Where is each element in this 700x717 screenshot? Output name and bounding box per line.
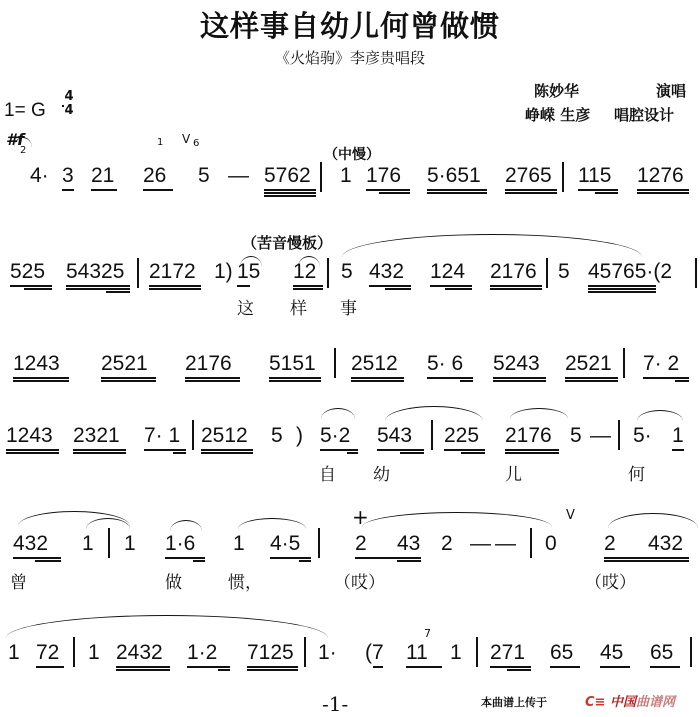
- note: 1: [450, 641, 462, 665]
- breath-mark: V: [182, 132, 190, 146]
- note: 65: [550, 641, 573, 665]
- note: 432: [369, 260, 404, 284]
- bar-line: [327, 258, 329, 288]
- note: 225: [444, 424, 479, 448]
- dash: —: [470, 532, 491, 556]
- bar-line: [431, 420, 433, 450]
- note: 5: [271, 424, 283, 448]
- note: 1·: [318, 641, 337, 665]
- score-title: 这样事自幼儿何曾做惯: [0, 4, 700, 45]
- score-subtitle: 《火焰驹》李彦贵唱段: [0, 47, 700, 68]
- slur: [608, 513, 698, 528]
- note: 1243: [13, 352, 60, 376]
- note: 2432: [116, 641, 163, 665]
- grace-note: 1: [157, 137, 163, 148]
- note: 2: [355, 532, 367, 556]
- note: 26: [143, 164, 166, 188]
- bar-line: [695, 258, 697, 288]
- note: 72: [36, 641, 59, 665]
- lyric: 做: [165, 568, 182, 593]
- note: 5762: [264, 164, 311, 188]
- note: 2512: [351, 352, 398, 376]
- slur: [362, 512, 552, 527]
- dash: —: [590, 424, 611, 448]
- time-signature-bottom: 4: [64, 103, 73, 118]
- note: 525: [10, 260, 45, 284]
- lyric: 样: [290, 294, 307, 319]
- bar-line: [530, 528, 532, 558]
- logo-text-part2: 曲谱网: [636, 695, 675, 710]
- grace-note: 6: [193, 138, 199, 149]
- note: 12: [293, 260, 316, 284]
- note: 124: [430, 260, 465, 284]
- note: 21: [91, 164, 114, 188]
- note: 1: [8, 641, 20, 665]
- performer-name: 陈妙华: [534, 80, 579, 101]
- bar-line: [320, 162, 322, 192]
- slur: [170, 520, 202, 531]
- lyric: 自: [319, 460, 336, 485]
- note: 5·651: [427, 164, 481, 188]
- slur: [321, 408, 355, 419]
- dash: —: [228, 164, 249, 188]
- note: 5: [198, 164, 210, 188]
- note: 1: [233, 532, 245, 556]
- note: 2521: [565, 352, 612, 376]
- note: 1·6: [165, 532, 195, 556]
- note: 5: [341, 260, 353, 284]
- bar-line: [623, 348, 625, 378]
- bar-line: [304, 637, 306, 667]
- lyric: 何: [628, 460, 645, 485]
- note: 1): [214, 260, 233, 284]
- note: 271: [490, 641, 525, 665]
- designer-role: 唱腔设计: [614, 104, 674, 125]
- key-signature: 1= G: [4, 100, 46, 122]
- lyric: 幼: [373, 460, 390, 485]
- lyric: （哎）: [585, 568, 636, 593]
- note: 2521: [101, 352, 148, 376]
- lyric: 曾: [10, 568, 27, 593]
- bar-line: [192, 420, 194, 450]
- performer-role: 演唱: [656, 80, 686, 101]
- note: 15: [237, 260, 260, 284]
- note: 2176: [505, 424, 552, 448]
- note: 1: [124, 532, 136, 556]
- note: 11: [406, 641, 428, 665]
- note: 543: [377, 424, 412, 448]
- note: 5·2: [320, 424, 350, 448]
- lyric: 这: [237, 294, 254, 319]
- upload-notice: 本曲谱上传于: [481, 694, 547, 710]
- note: 2172: [149, 260, 196, 284]
- note: 7· 1: [144, 424, 180, 448]
- note: 54325: [66, 260, 124, 284]
- slur: [637, 410, 683, 421]
- lyric: 事: [340, 294, 357, 319]
- time-signature-top: 4: [64, 89, 73, 104]
- note: 1: [88, 641, 100, 665]
- logo-text-part1: 中国: [610, 695, 636, 710]
- note: 5243: [493, 352, 540, 376]
- note: 2176: [490, 260, 537, 284]
- note: 7· 2: [643, 352, 679, 376]
- note: 43: [397, 532, 420, 556]
- tempo-marking: （中慢）: [324, 144, 380, 164]
- rest: 0: [545, 532, 557, 556]
- note: 1: [340, 164, 352, 188]
- note: 2: [441, 532, 453, 556]
- note: 176: [366, 164, 401, 188]
- note: 2512: [201, 424, 248, 448]
- page-number: -1-: [322, 692, 348, 716]
- bar-line: [476, 637, 478, 667]
- note: 5151: [269, 352, 316, 376]
- note: 4·5: [270, 532, 300, 556]
- note: 3: [62, 164, 74, 188]
- bar-line: [73, 637, 75, 667]
- grace-note: 7: [424, 627, 431, 640]
- note: 1276: [637, 164, 684, 188]
- tempo-marking: （苦音慢板）: [242, 232, 332, 253]
- note: 65: [650, 641, 673, 665]
- bar-line: [318, 528, 320, 558]
- bar-line: [137, 258, 139, 288]
- slur: [342, 234, 642, 257]
- site-logo[interactable]: C≡ 中国曲谱网: [585, 691, 675, 710]
- dash: —: [495, 532, 516, 556]
- logo-icon: C≡: [585, 695, 605, 710]
- slur: [510, 408, 568, 419]
- note: 2: [604, 532, 616, 556]
- note: ): [296, 424, 303, 448]
- slur: [385, 406, 483, 421]
- bar-line: [690, 637, 692, 667]
- time-signature-line: [62, 105, 64, 107]
- slur: [238, 518, 306, 529]
- bar-line: [618, 420, 620, 450]
- note: 45: [600, 641, 623, 665]
- designer-names: 峥嵘 生彦: [525, 104, 590, 125]
- note: 432: [13, 532, 48, 556]
- lyric: 儿: [505, 460, 522, 485]
- bar-line: [334, 348, 336, 378]
- note: 1: [82, 532, 94, 556]
- note: 4·: [30, 164, 49, 188]
- bar-line: [108, 528, 110, 558]
- bar-line: [546, 258, 548, 288]
- note: 7125: [247, 641, 294, 665]
- bar-line: [562, 162, 564, 192]
- note: 45765·(2: [588, 260, 672, 284]
- note: 2321: [73, 424, 120, 448]
- note: 1·2: [187, 641, 217, 665]
- note: 5·: [633, 424, 652, 448]
- note: 1: [672, 424, 684, 448]
- note: (7: [365, 641, 384, 665]
- note: 115: [578, 164, 611, 188]
- slur: [6, 615, 328, 638]
- time-signature: 4 4: [62, 90, 76, 118]
- note: 5· 6: [427, 352, 463, 376]
- lyric: 惯，: [228, 568, 262, 593]
- note: 2176: [185, 352, 232, 376]
- note: 1243: [6, 424, 53, 448]
- note: 432: [648, 532, 683, 556]
- fermata: [14, 137, 32, 148]
- note: 5: [570, 424, 582, 448]
- note: 5: [558, 260, 570, 284]
- lyric: （哎）: [334, 568, 385, 593]
- note: 2765: [505, 164, 552, 188]
- breath-mark: V: [566, 508, 575, 523]
